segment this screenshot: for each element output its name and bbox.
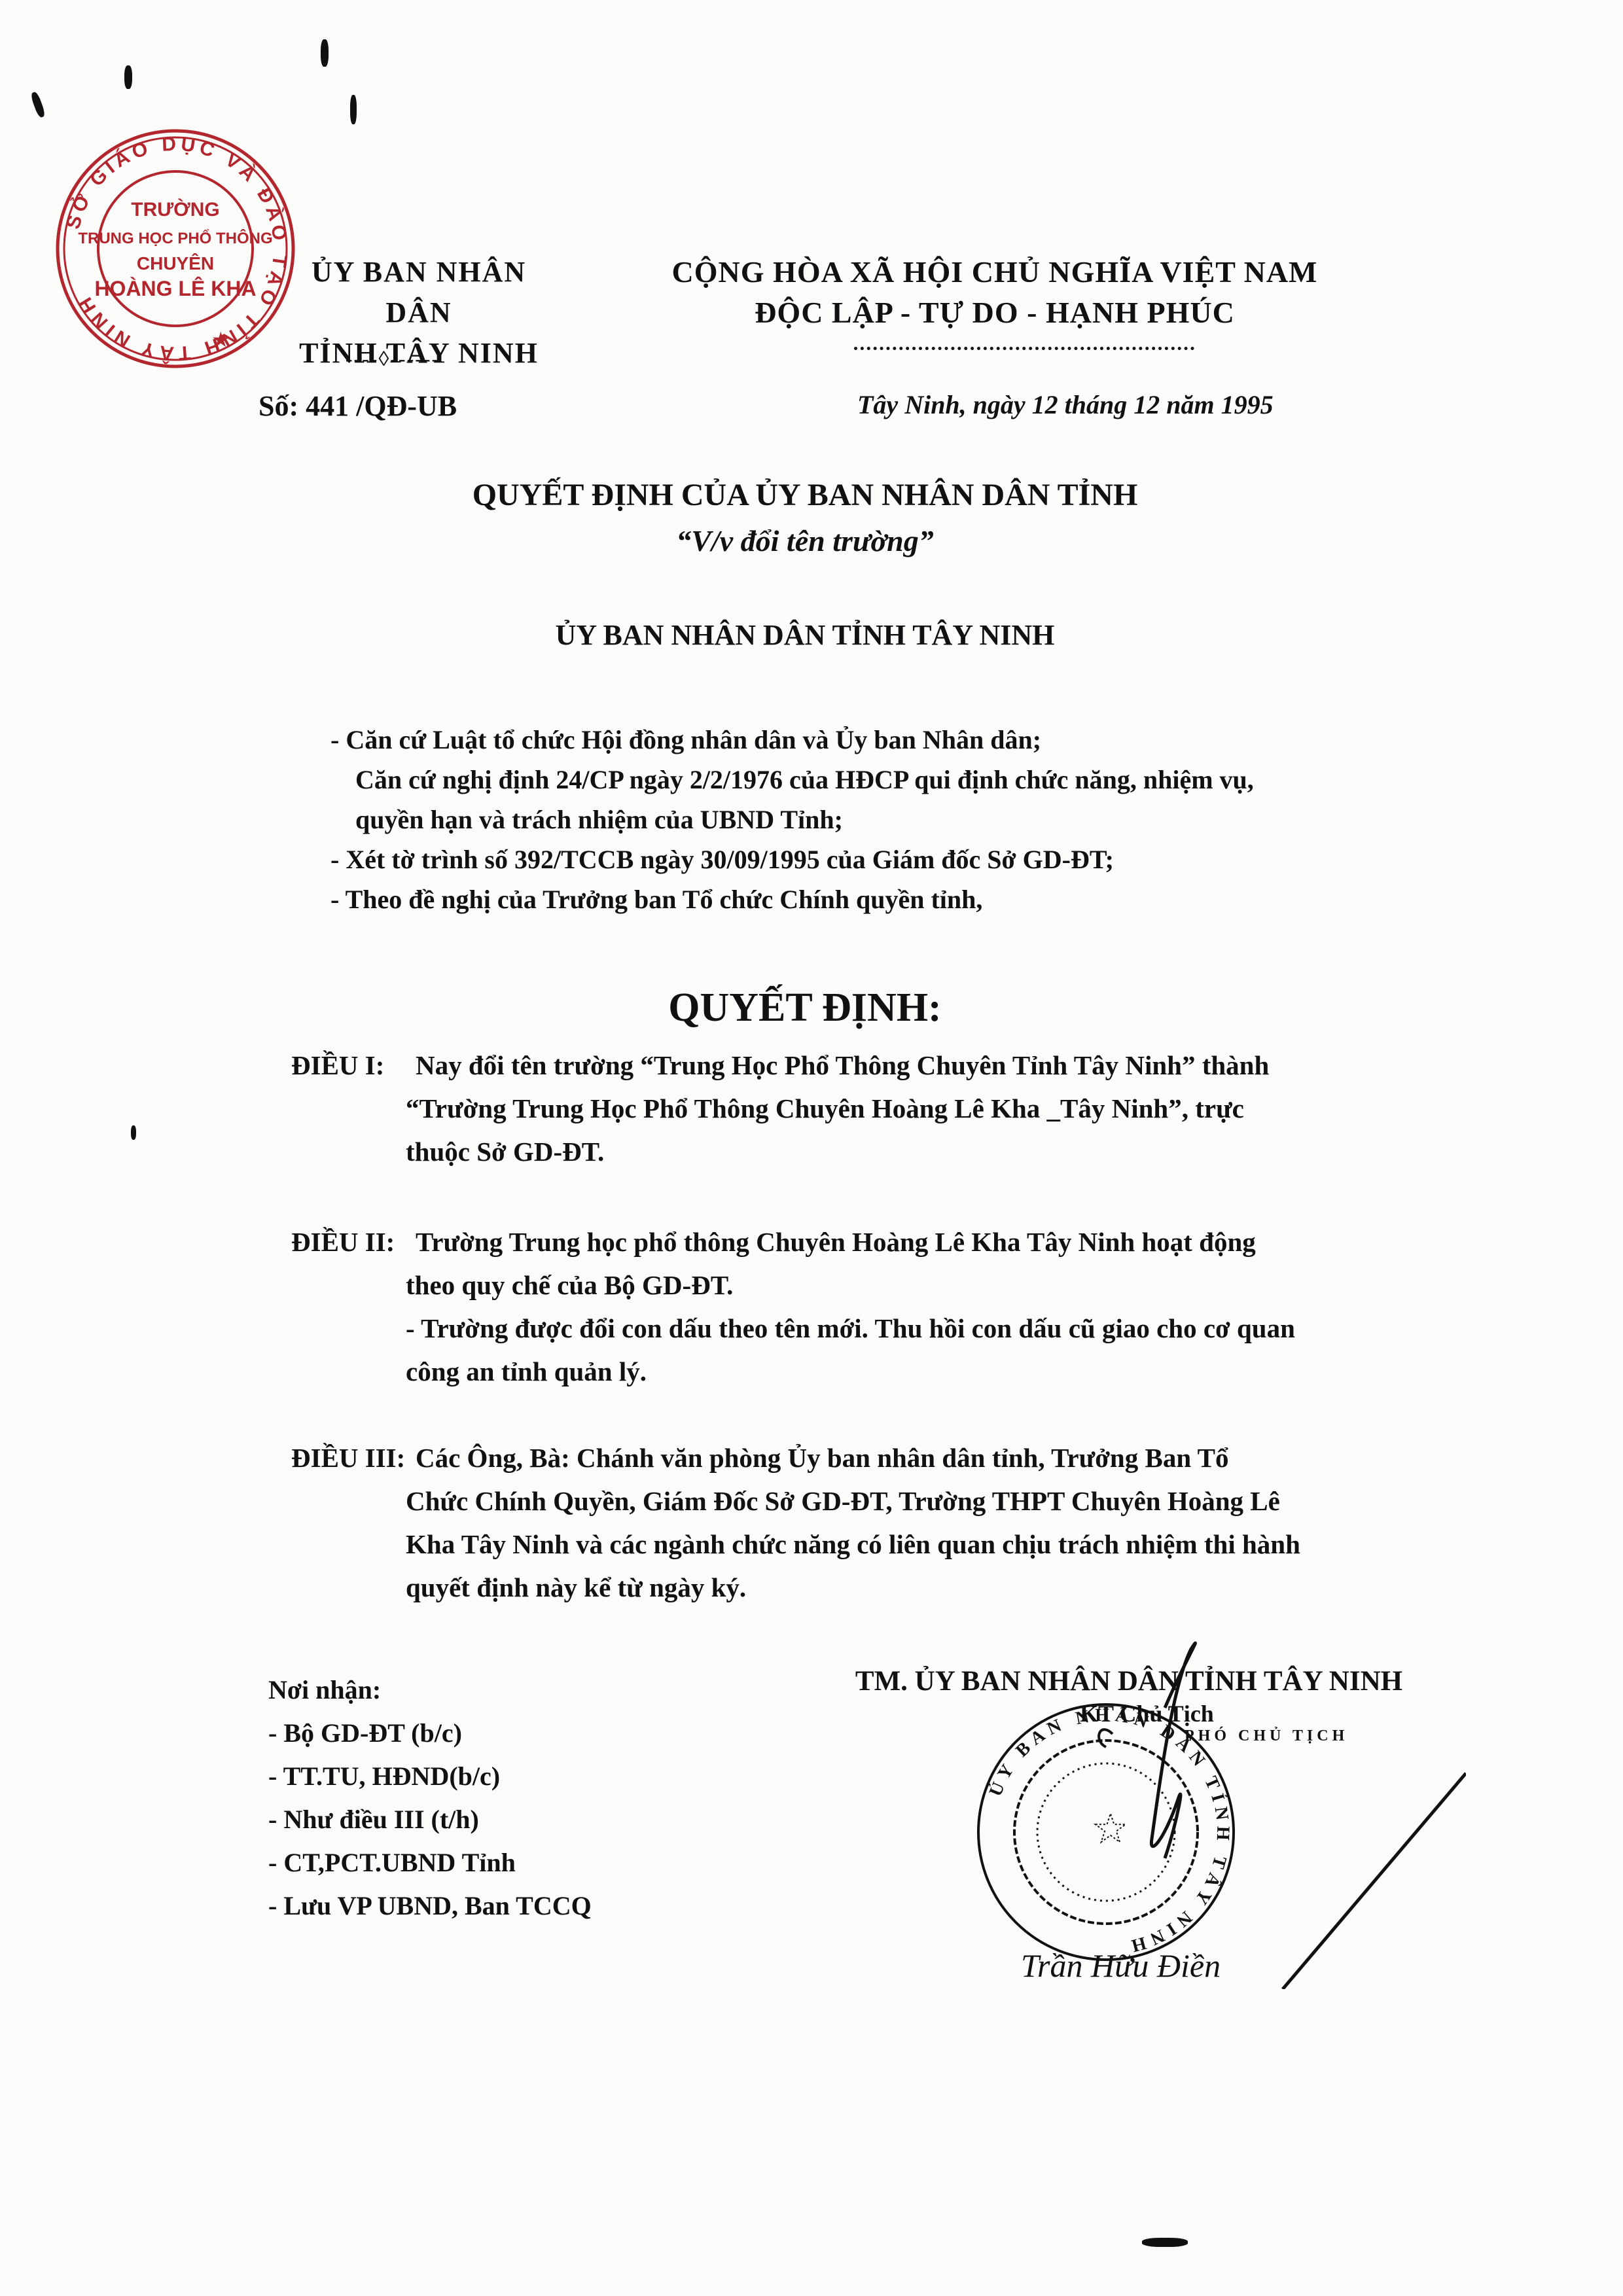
recipient-item: - TT.TU, HĐND(b/c) (268, 1755, 592, 1798)
document-number: Số: 441 /QĐ-UB (259, 389, 457, 423)
school-stamp: SỞ GIÁO DỤC VÀ ĐÀO TẠO TỈNH TÂY NINH TRƯ… (51, 124, 300, 373)
article-2: ĐIỀU II:Trường Trung học phổ thông Chuyê… (291, 1220, 1463, 1393)
basis-item: quyền hạn và trách nhiệm của UBND Tỉnh; (330, 800, 1469, 839)
issuing-authority: ỦY BAN NHÂN DÂN TỈNH TÂY NINH (262, 618, 1348, 652)
school-stamp-line4: HOÀNG LÊ KHA (94, 277, 256, 300)
article-text: - Trường được đổi con dấu theo tên mới. … (291, 1307, 1463, 1350)
nation-line2: ĐỘC LẬP - TỰ DO - HẠNH PHÚC (641, 292, 1348, 333)
recipient-item: - Bộ GD-ĐT (b/c) (268, 1712, 592, 1755)
article-text: Trường Trung học phổ thông Chuyên Hoàng … (416, 1227, 1256, 1257)
basis-item: Căn cứ nghị định 24/CP ngày 2/2/1976 của… (330, 760, 1469, 800)
school-stamp-outer-text: SỞ GIÁO DỤC VÀ ĐÀO TẠO TỈNH TÂY NINH (62, 133, 291, 365)
article-text: Các Ông, Bà: Chánh văn phòng Ủy ban nhân… (416, 1443, 1228, 1473)
document-title: QUYẾT ĐỊNH CỦA ỦY BAN NHÂN DÂN TỈNH (262, 474, 1348, 516)
article-label: ĐIỀU III: (291, 1436, 416, 1479)
legal-basis: - Căn cứ Luật tổ chức Hội đồng nhân dân … (330, 720, 1469, 919)
issuer-line1: ỦY BAN NHÂN DÂN (275, 252, 563, 333)
scan-speck (321, 39, 329, 67)
article-3: ĐIỀU III:Các Ông, Bà: Chánh văn phòng Ủy… (291, 1436, 1463, 1609)
star-icon: ★ (211, 328, 230, 351)
basis-item: - Theo đề nghị của Trưởng ban Tổ chức Ch… (330, 879, 1469, 919)
scan-speck (1142, 2238, 1188, 2247)
article-1: ĐIỀU I:Nay đổi tên trường “Trung Học Phổ… (291, 1044, 1463, 1173)
dateline: Tây Ninh, ngày 12 tháng 12 năm 1995 (857, 389, 1274, 420)
article-text: thuộc Sở GD-ĐT. (291, 1130, 1463, 1173)
article-text: “Trường Trung Học Phổ Thông Chuyên Hoàng… (291, 1087, 1463, 1130)
handwritten-signature (969, 1623, 1466, 1989)
recipients-list: Nơi nhận: - Bộ GD-ĐT (b/c) - TT.TU, HĐND… (268, 1669, 592, 1928)
article-text: công an tỉnh quản lý. (291, 1350, 1463, 1393)
recipients-heading: Nơi nhận: (268, 1669, 592, 1712)
signer-name: Trần Hữu Điền (1021, 1947, 1221, 1985)
basis-item: - Xét tờ trình số 392/TCCB ngày 30/09/19… (330, 839, 1469, 879)
scan-speck (30, 91, 46, 118)
nation-line1: CỘNG HÒA XÃ HỘI CHỦ NGHĨA VIỆT NAM (641, 252, 1348, 292)
issuer-separator: ----◊------ (327, 347, 458, 371)
national-motto: CỘNG HÒA XÃ HỘI CHỦ NGHĨA VIỆT NAM ĐỘC L… (641, 252, 1348, 333)
article-label: ĐIỀU II: (291, 1220, 416, 1263)
school-stamp-line3: CHUYÊN (137, 253, 214, 274)
motto-divider (854, 347, 1194, 350)
article-text: Chức Chính Quyền, Giám Đốc Sở GD-ĐT, Trư… (291, 1479, 1463, 1523)
article-text: quyết định này kể từ ngày ký. (291, 1566, 1463, 1609)
article-text: Nay đổi tên trường “Trung Học Phổ Thông … (416, 1050, 1269, 1080)
recipient-item: - Như điều III (t/h) (268, 1798, 592, 1841)
recipient-item: - CT,PCT.UBND Tỉnh (268, 1841, 592, 1884)
scan-speck (350, 95, 357, 124)
article-text: Kha Tây Ninh và các ngành chức năng có l… (291, 1523, 1463, 1566)
scan-speck (124, 65, 132, 89)
school-stamp-line2: TRUNG HỌC PHỔ THÔNG (78, 229, 272, 247)
recipient-item: - Lưu VP UBND, Ban TCCQ (268, 1884, 592, 1928)
school-stamp-line1: TRƯỜNG (131, 198, 219, 221)
svg-text:SỞ GIÁO DỤC VÀ ĐÀO TẠO TỈNH TÂ: SỞ GIÁO DỤC VÀ ĐÀO TẠO TỈNH TÂY NINH (62, 133, 291, 365)
article-text: theo quy chế của Bộ GD-ĐT. (291, 1263, 1463, 1307)
decision-heading: QUYẾT ĐỊNH: (262, 985, 1348, 1031)
article-label: ĐIỀU I: (291, 1044, 416, 1087)
scan-speck (131, 1125, 136, 1140)
document-subject: “V/v đổi tên trường” (262, 523, 1348, 558)
basis-item: - Căn cứ Luật tổ chức Hội đồng nhân dân … (330, 720, 1469, 760)
